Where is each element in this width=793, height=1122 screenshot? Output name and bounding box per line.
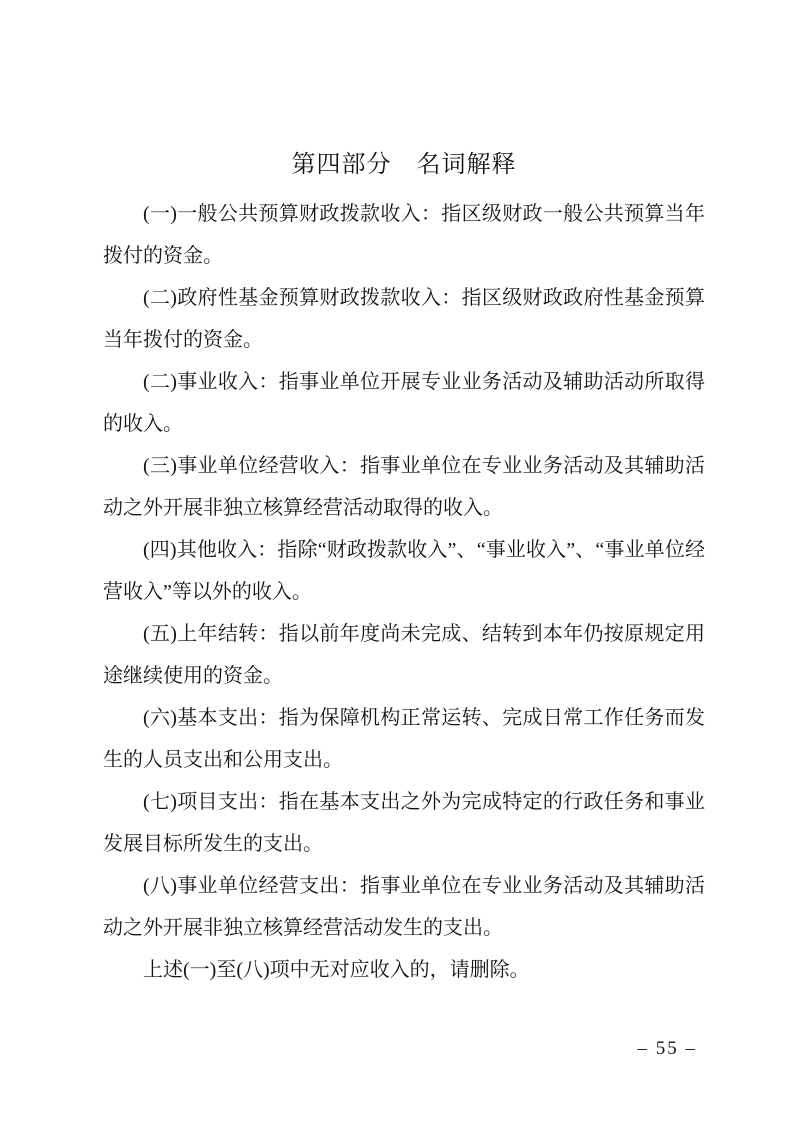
paragraph-definition-9: (八)事业单位经营支出：指事业单位在专业业务活动及其辅助活动之外开展非独立核算经… (103, 865, 705, 949)
paragraph-definition-1: (一)一般公共预算财政拨款收入：指区级财政一般公共预算当年拨付的资金。 (103, 193, 705, 277)
paragraph-closing-note: 上述(一)至(八)项中无对应收入的，请删除。 (103, 949, 705, 991)
document-body: (一)一般公共预算财政拨款收入：指区级财政一般公共预算当年拨付的资金。 (二)政… (103, 193, 705, 991)
document-page: 第四部分 名词解释 (一)一般公共预算财政拨款收入：指区级财政一般公共预算当年拨… (0, 0, 793, 1122)
section-title: 第四部分 名词解释 (103, 150, 705, 180)
paragraph-definition-4: (三)事业单位经营收入：指事业单位在专业业务活动及其辅助活动之外开展非独立核算经… (103, 445, 705, 529)
paragraph-definition-8: (七)项目支出：指在基本支出之外为完成特定的行政任务和事业发展目标所发生的支出。 (103, 781, 705, 865)
paragraph-definition-3: (二)事业收入：指事业单位开展专业业务活动及辅助活动所取得的收入。 (103, 361, 705, 445)
paragraph-definition-7: (六)基本支出：指为保障机构正常运转、完成日常工作任务而发生的人员支出和公用支出… (103, 697, 705, 781)
paragraph-definition-2: (二)政府性基金预算财政拨款收入：指区级财政政府性基金预算当年拨付的资金。 (103, 277, 705, 361)
paragraph-definition-6: (五)上年结转：指以前年度尚未完成、结转到本年仍按原规定用途继续使用的资金。 (103, 613, 705, 697)
paragraph-definition-5: (四)其他收入：指除“财政拨款收入”、“事业收入”、“事业单位经营收入”等以外的… (103, 529, 705, 613)
page-number: – 55 – (638, 1036, 698, 1062)
